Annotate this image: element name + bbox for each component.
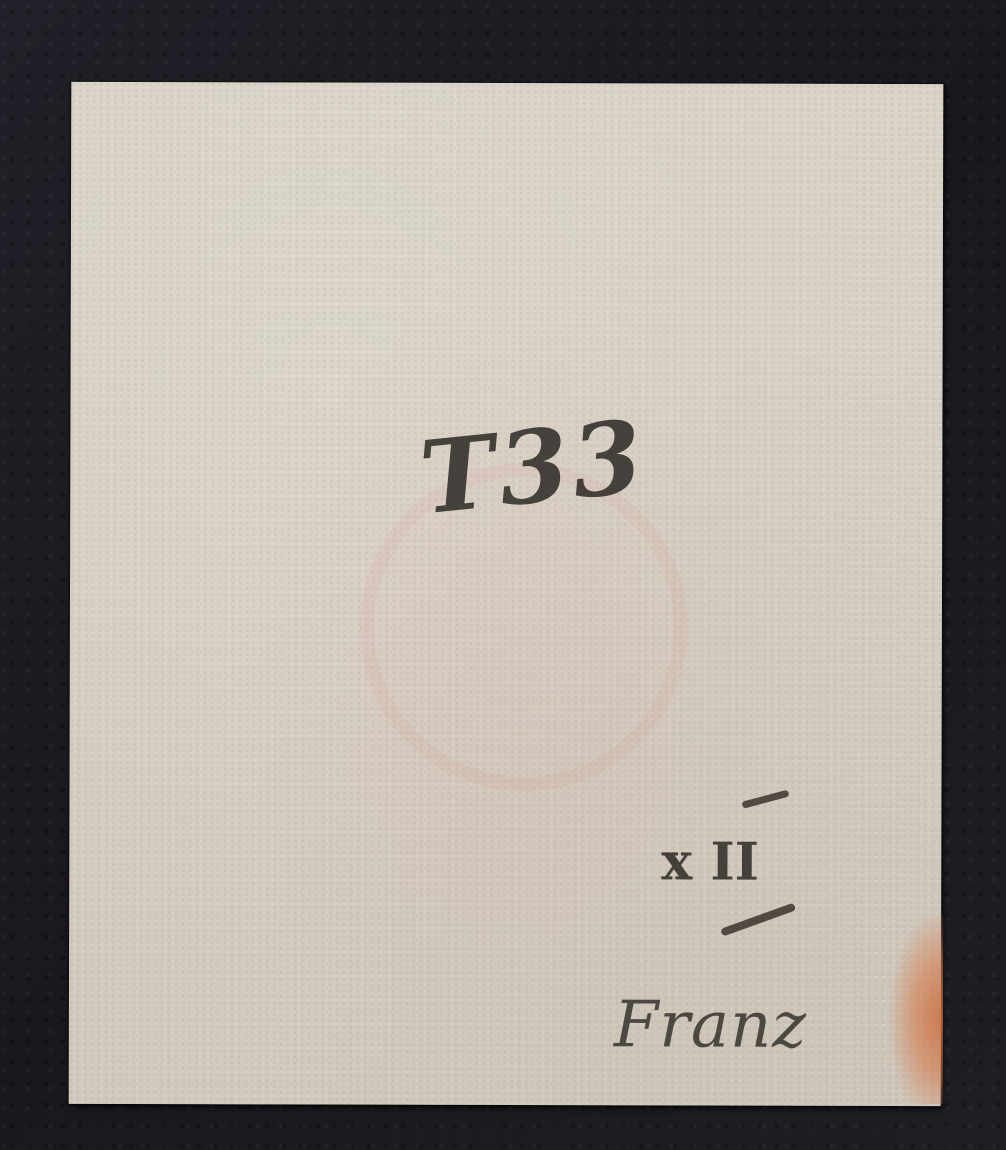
catalog-number-mark: T33 xyxy=(415,397,651,537)
stamp-back: T33 x II Franz xyxy=(69,82,944,1106)
plate-position-mark: x II xyxy=(661,831,759,892)
orange-stain xyxy=(891,914,943,1104)
plate-mark-overline xyxy=(741,790,789,809)
plate-mark-underline xyxy=(720,903,796,937)
expert-signature: Franz xyxy=(614,988,807,1063)
